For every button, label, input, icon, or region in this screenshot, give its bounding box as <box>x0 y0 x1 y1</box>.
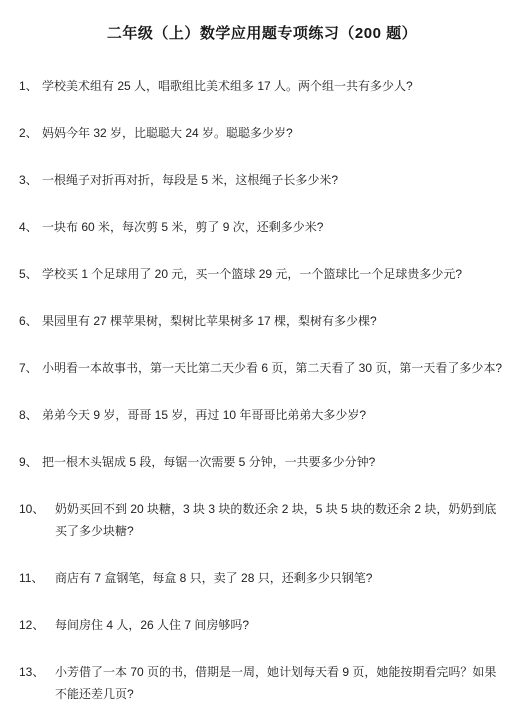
question-text: 一块布 60 米，每次剪 5 米，剪了 9 次，还剩多少米? <box>42 216 505 238</box>
question-number: 3、 <box>19 169 42 191</box>
question-text: 学校买 1 个足球用了 20 元，买一个篮球 29 元，一个篮球比一个足球贵多少… <box>42 263 505 285</box>
question-item-9: 9、 把一根木头锯成 5 段，每锯一次需要 5 分钟，一共要多少分钟? <box>19 451 505 473</box>
question-number: 12、 <box>19 614 55 636</box>
question-item-8: 8、 弟弟今天 9 岁，哥哥 15 岁，再过 10 年哥哥比弟弟大多少岁? <box>19 404 505 426</box>
question-text: 小芳借了一本 70 页的书，借期是一周，她计划每天看 9 页，她能按期看完吗？如… <box>55 661 505 705</box>
question-text: 学校美术组有 25 人，唱歌组比美术组多 17 人。两个组一共有多少人? <box>42 75 505 97</box>
question-number: 9、 <box>19 451 42 473</box>
question-number: 4、 <box>19 216 42 238</box>
question-number: 1、 <box>19 75 42 97</box>
worksheet-page: 二年级（上）数学应用题专项练习（200 题） 1、 学校美术组有 25 人，唱歌… <box>0 0 519 708</box>
question-item-10: 10、 奶奶买回不到 20 块糖，3 块 3 块的数还余 2 块，5 块 5 块… <box>19 498 505 542</box>
question-text: 每间房住 4 人，26 人住 7 间房够吗? <box>55 614 505 636</box>
question-item-2: 2、 妈妈今年 32 岁，比聪聪大 24 岁。聪聪多少岁? <box>19 122 505 144</box>
question-number: 2、 <box>19 122 42 144</box>
question-item-4: 4、 一块布 60 米，每次剪 5 米，剪了 9 次，还剩多少米? <box>19 216 505 238</box>
question-text: 奶奶买回不到 20 块糖，3 块 3 块的数还余 2 块，5 块 5 块的数还余… <box>55 498 505 542</box>
question-item-12: 12、 每间房住 4 人，26 人住 7 间房够吗? <box>19 614 505 636</box>
question-text: 一根绳子对折再对折，每段是 5 米，这根绳子长多少米? <box>42 169 505 191</box>
question-text: 商店有 7 盒钢笔，每盒 8 只，卖了 28 只，还剩多少只钢笔? <box>55 567 505 589</box>
question-list: 1、 学校美术组有 25 人，唱歌组比美术组多 17 人。两个组一共有多少人? … <box>19 75 505 705</box>
question-item-13: 13、 小芳借了一本 70 页的书，借期是一周，她计划每天看 9 页，她能按期看… <box>19 661 505 705</box>
question-item-1: 1、 学校美术组有 25 人，唱歌组比美术组多 17 人。两个组一共有多少人? <box>19 75 505 97</box>
question-item-11: 11、 商店有 7 盒钢笔，每盒 8 只，卖了 28 只，还剩多少只钢笔? <box>19 567 505 589</box>
question-text: 果园里有 27 棵苹果树，梨树比苹果树多 17 棵，梨树有多少棵? <box>42 310 505 332</box>
question-text: 小明看一本故事书，第一天比第二天少看 6 页，第二天看了 30 页，第一天看了多… <box>42 357 505 379</box>
question-item-7: 7、 小明看一本故事书，第一天比第二天少看 6 页，第二天看了 30 页，第一天… <box>19 357 505 379</box>
question-number: 5、 <box>19 263 42 285</box>
question-number: 10、 <box>19 498 55 520</box>
question-number: 6、 <box>19 310 42 332</box>
question-item-3: 3、 一根绳子对折再对折，每段是 5 米，这根绳子长多少米? <box>19 169 505 191</box>
question-item-5: 5、 学校买 1 个足球用了 20 元，买一个篮球 29 元，一个篮球比一个足球… <box>19 263 505 285</box>
question-number: 7、 <box>19 357 42 379</box>
question-number: 11、 <box>19 567 55 589</box>
question-number: 13、 <box>19 661 55 683</box>
question-number: 8、 <box>19 404 42 426</box>
question-text: 妈妈今年 32 岁，比聪聪大 24 岁。聪聪多少岁? <box>42 122 505 144</box>
question-text: 弟弟今天 9 岁，哥哥 15 岁，再过 10 年哥哥比弟弟大多少岁? <box>42 404 505 426</box>
page-title: 二年级（上）数学应用题专项练习（200 题） <box>19 26 505 42</box>
question-text: 把一根木头锯成 5 段，每锯一次需要 5 分钟，一共要多少分钟? <box>42 451 505 473</box>
question-item-6: 6、 果园里有 27 棵苹果树，梨树比苹果树多 17 棵，梨树有多少棵? <box>19 310 505 332</box>
